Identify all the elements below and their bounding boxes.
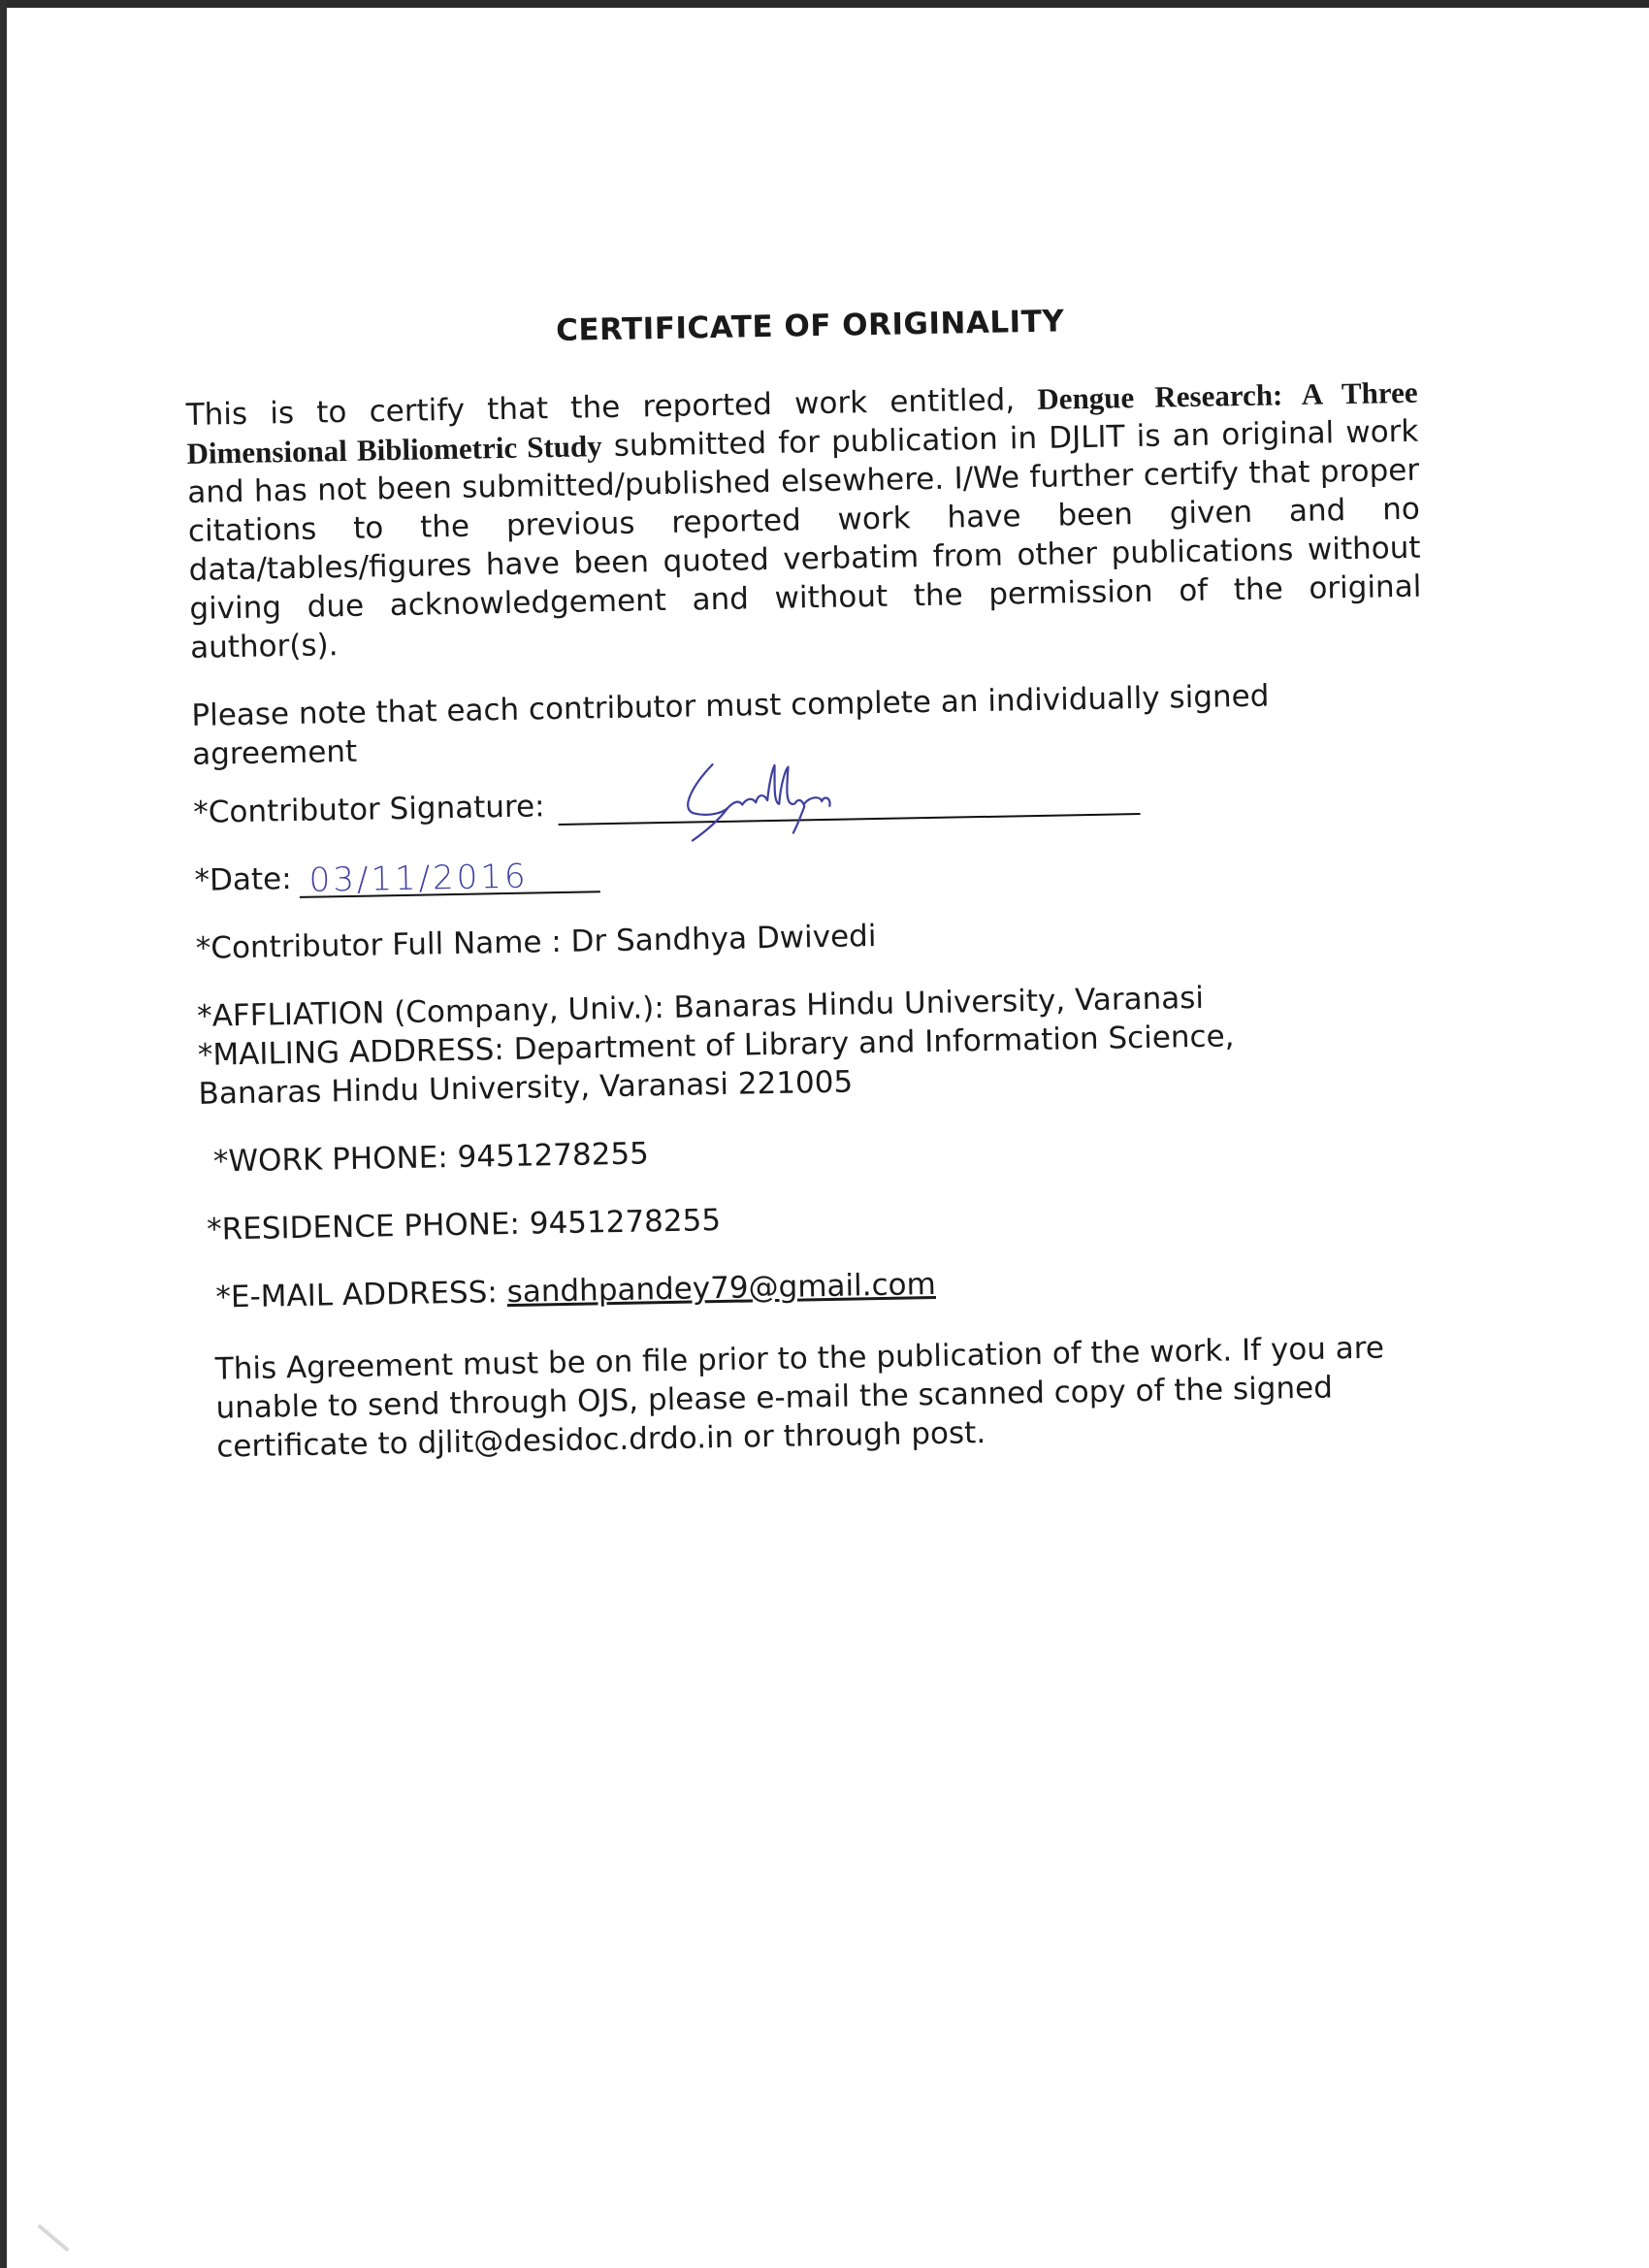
signature-label: *Contributor Signature:	[193, 787, 545, 832]
residence-phone-value: 9451278255	[529, 1203, 721, 1242]
certification-statement: This is to certify that the reported wor…	[185, 373, 1422, 667]
date-field[interactable]: 03/11/2016	[299, 852, 600, 898]
paper-fold-mark	[37, 2224, 69, 2252]
signature-field[interactable]	[558, 774, 1141, 826]
work-phone-value: 9451278255	[457, 1136, 649, 1175]
handwritten-signature	[674, 752, 889, 843]
email-row: *E-MAIL ADDRESS: sandhpandey79@gmail.com	[202, 1256, 1435, 1317]
certificate-page: CERTIFICATE OF ORIGINALITY This is to ce…	[184, 298, 1437, 1467]
affiliation-block: *AFFLIATION (Company, Univ.): Banaras Hi…	[197, 975, 1431, 1114]
mailing-address-label: *MAILING ADDRESS:	[198, 1032, 514, 1073]
date-label: *Date:	[194, 859, 292, 900]
full-name-label: *Contributor Full Name :	[196, 924, 571, 966]
scan-border-top	[0, 0, 1649, 8]
email-label: *E-MAIL ADDRESS:	[215, 1275, 507, 1314]
handwritten-date: 03/11/2016	[308, 858, 529, 900]
date-row: *Date: 03/11/2016	[194, 837, 1427, 900]
full-name-row: *Contributor Full Name : Dr Sandhya Dwiv…	[196, 907, 1429, 968]
email-link[interactable]: sandhpandey79@gmail.com	[506, 1267, 936, 1310]
full-name-value: Dr Sandhya Dwivedi	[570, 919, 876, 959]
affiliation-label: *AFFLIATION (Company, Univ.):	[197, 990, 674, 1034]
scan-border-left	[0, 0, 7, 2268]
submission-instructions: This Agreement must be on file prior to …	[203, 1328, 1437, 1467]
work-phone-label: *WORK PHONE:	[213, 1140, 458, 1180]
residence-phone-label: *RESIDENCE PHONE:	[207, 1207, 530, 1247]
signature-row: *Contributor Signature:	[193, 769, 1426, 832]
certificate-title: CERTIFICATE OF ORIGINALITY	[184, 298, 1416, 355]
work-phone-row: *WORK PHONE: 9451278255	[200, 1120, 1433, 1182]
residence-phone-row: *RESIDENCE PHONE: 9451278255	[201, 1188, 1434, 1249]
